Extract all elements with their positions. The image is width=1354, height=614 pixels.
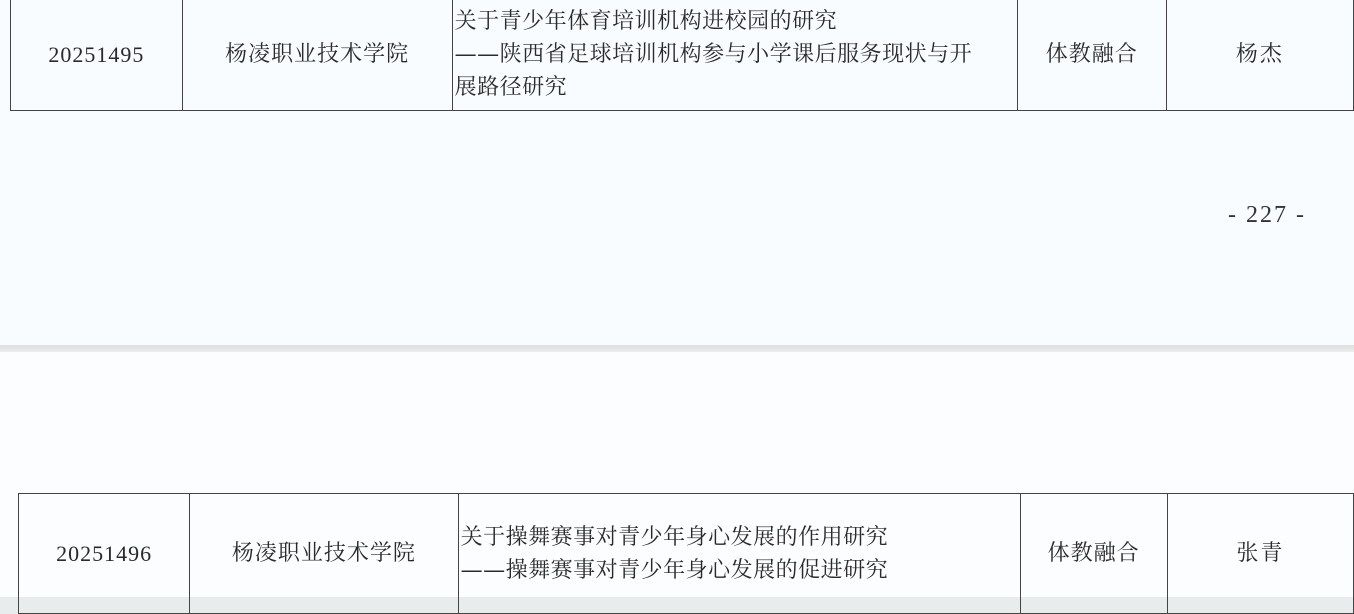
title-line: 关于青少年体育培训机构进校园的研究 bbox=[455, 5, 1017, 38]
person-cell: 杨杰 bbox=[1166, 0, 1353, 111]
project-title-cell: 关于青少年体育培训机构进校园的研究 ——陕西省足球培训机构参与小学课后服务现状与… bbox=[452, 0, 1017, 111]
document-page-next: 20251496 杨凌职业技术学院 关于操舞赛事对青少年身心发展的作用研究 ——… bbox=[0, 352, 1354, 597]
category-cell: 体教融合 bbox=[1020, 494, 1167, 598]
page-separator bbox=[0, 345, 1354, 352]
subtitle-line: ——操舞赛事对青少年身心发展的促进研究 bbox=[461, 554, 1020, 587]
table-row: 20251495 杨凌职业技术学院 关于青少年体育培训机构进校园的研究 ——陕西… bbox=[11, 0, 1354, 111]
title-line: 关于操舞赛事对青少年身心发展的作用研究 bbox=[461, 521, 1020, 554]
project-table: 20251495 杨凌职业技术学院 关于青少年体育培训机构进校园的研究 ——陕西… bbox=[10, 0, 1354, 111]
project-table: 20251496 杨凌职业技术学院 关于操舞赛事对青少年身心发展的作用研究 ——… bbox=[18, 493, 1354, 597]
project-id-cell: 20251495 bbox=[11, 0, 183, 111]
subtitle-line: ——陕西省足球培训机构参与小学课后服务现状与开 bbox=[455, 38, 1017, 71]
page-number: - 227 - bbox=[1228, 202, 1306, 229]
table-row: 20251496 杨凌职业技术学院 关于操舞赛事对青少年身心发展的作用研究 ——… bbox=[19, 494, 1354, 598]
subtitle-line-continued: 展路径研究 bbox=[455, 71, 1017, 104]
project-title-cell: 关于操舞赛事对青少年身心发展的作用研究 ——操舞赛事对青少年身心发展的促进研究 bbox=[458, 494, 1020, 598]
project-id-cell: 20251496 bbox=[19, 494, 190, 598]
person-cell: 张青 bbox=[1167, 494, 1353, 598]
school-cell: 杨凌职业技术学院 bbox=[182, 0, 452, 111]
document-page-227: 20251495 杨凌职业技术学院 关于青少年体育培训机构进校园的研究 ——陕西… bbox=[0, 0, 1354, 345]
category-cell: 体教融合 bbox=[1017, 0, 1166, 111]
school-cell: 杨凌职业技术学院 bbox=[190, 494, 458, 598]
